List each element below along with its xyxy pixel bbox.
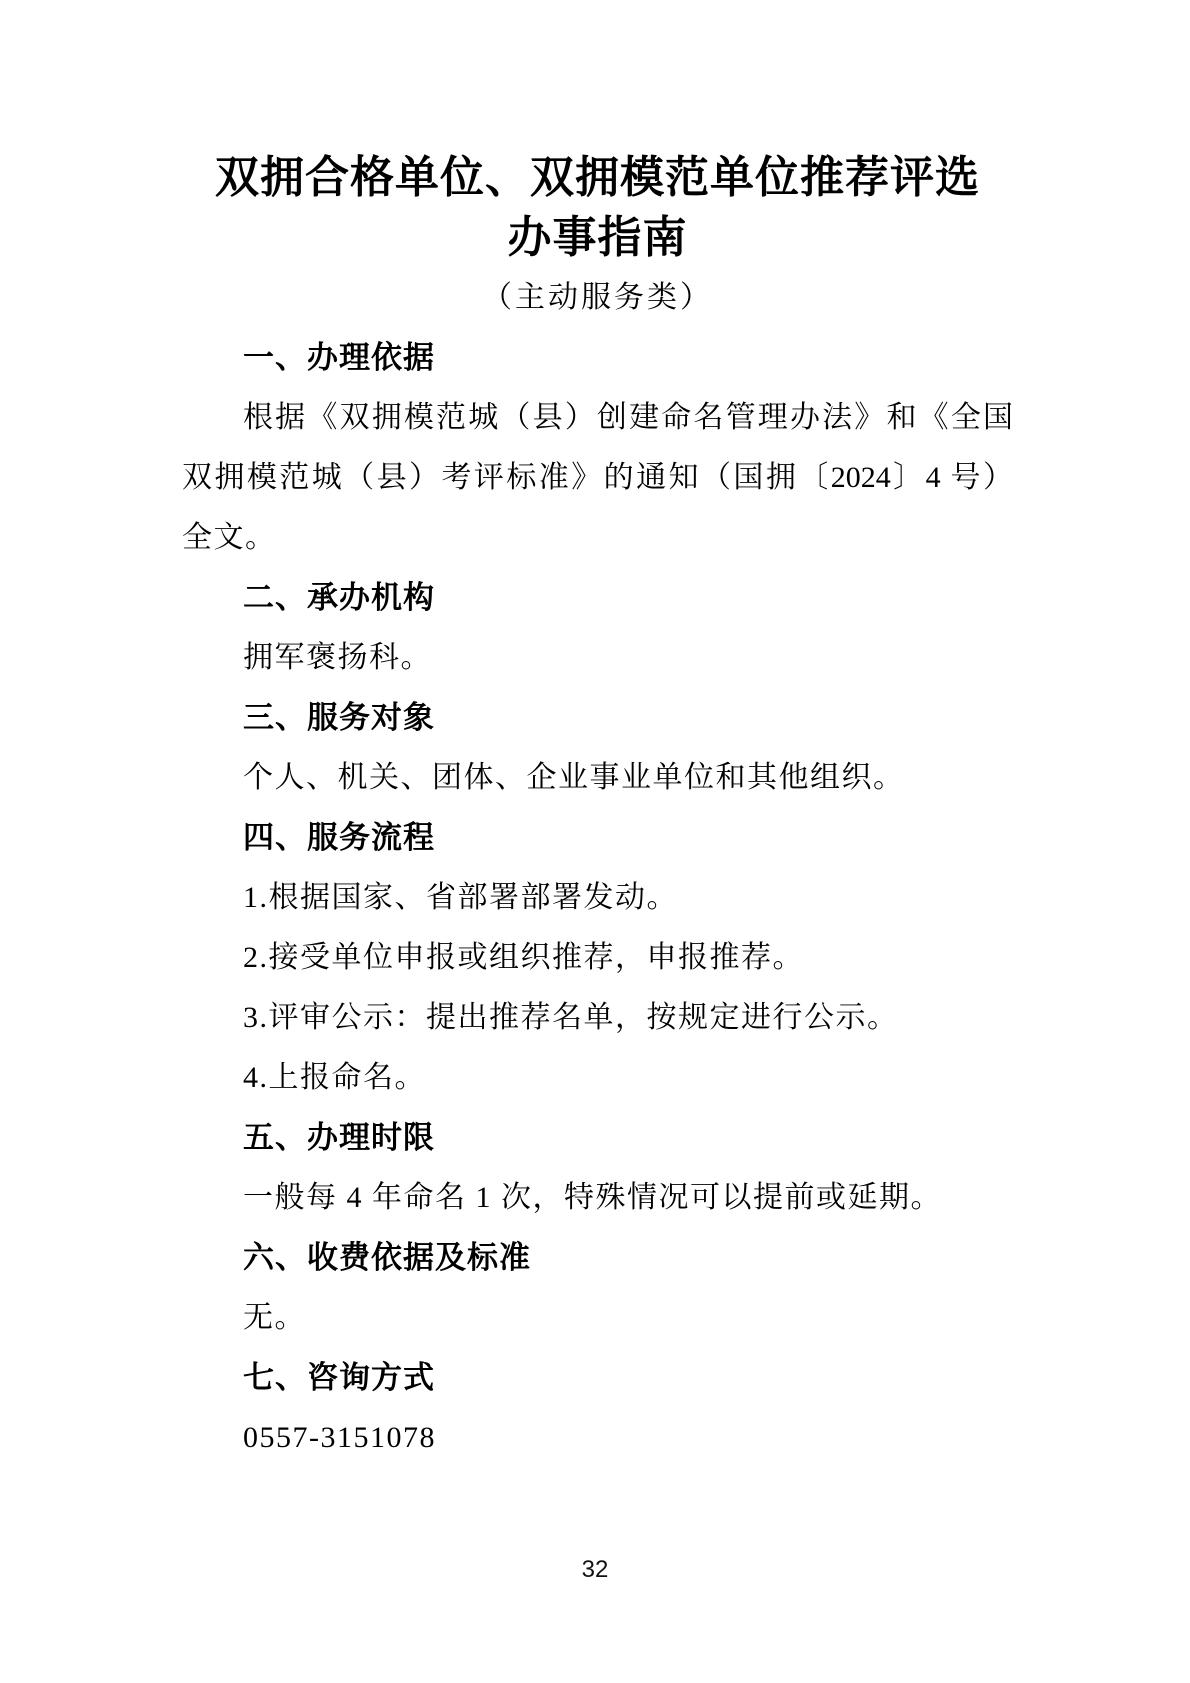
section-4-body-line-3: 3.评审公示：提出推荐名单，按规定进行公示。	[182, 988, 1013, 1048]
section-heading-2: 二、承办机构	[182, 568, 1013, 628]
page-number: 32	[0, 1556, 1190, 1584]
section-5-body-line-1: 一般每 4 年命名 1 次，特殊情况可以提前或延期。	[182, 1168, 1013, 1228]
document-title-line-2: 办事指南	[182, 208, 1013, 268]
document-content: 双拥合格单位、双拥模范单位推荐评选 办事指南 （主动服务类） 一、办理依据根据《…	[0, 0, 1190, 1468]
section-heading-6: 六、收费依据及标准	[182, 1228, 1013, 1288]
document-page: 双拥合格单位、双拥模范单位推荐评选 办事指南 （主动服务类） 一、办理依据根据《…	[0, 0, 1190, 1683]
section-1-body-line-3: 全文。	[182, 508, 1013, 568]
section-heading-4: 四、服务流程	[182, 808, 1013, 868]
section-7-body-line-1: 0557-3151078	[182, 1408, 1013, 1468]
section-heading-5: 五、办理时限	[182, 1108, 1013, 1168]
section-1-body-line-2: 双拥模范城（县）考评标准》的通知（国拥〔2024〕4 号）	[182, 448, 1013, 508]
section-3-body-line-1: 个人、机关、团体、企业事业单位和其他组织。	[182, 748, 1013, 808]
section-heading-1: 一、办理依据	[182, 328, 1013, 388]
document-sections: 一、办理依据根据《双拥模范城（县）创建命名管理办法》和《全国双拥模范城（县）考评…	[182, 328, 1013, 1468]
document-subtitle: （主动服务类）	[182, 268, 1013, 328]
section-6-body-line-1: 无。	[182, 1288, 1013, 1348]
section-4-body-line-2: 2.接受单位申报或组织推荐，申报推荐。	[182, 928, 1013, 988]
section-heading-3: 三、服务对象	[182, 688, 1013, 748]
section-2-body-line-1: 拥军褒扬科。	[182, 628, 1013, 688]
section-4-body-line-4: 4.上报命名。	[182, 1048, 1013, 1108]
document-title-line-1: 双拥合格单位、双拥模范单位推荐评选	[182, 148, 1013, 208]
section-1-body-line-1: 根据《双拥模范城（县）创建命名管理办法》和《全国	[182, 388, 1013, 448]
section-4-body-line-1: 1.根据国家、省部署部署发动。	[182, 868, 1013, 928]
section-heading-7: 七、咨询方式	[182, 1348, 1013, 1408]
